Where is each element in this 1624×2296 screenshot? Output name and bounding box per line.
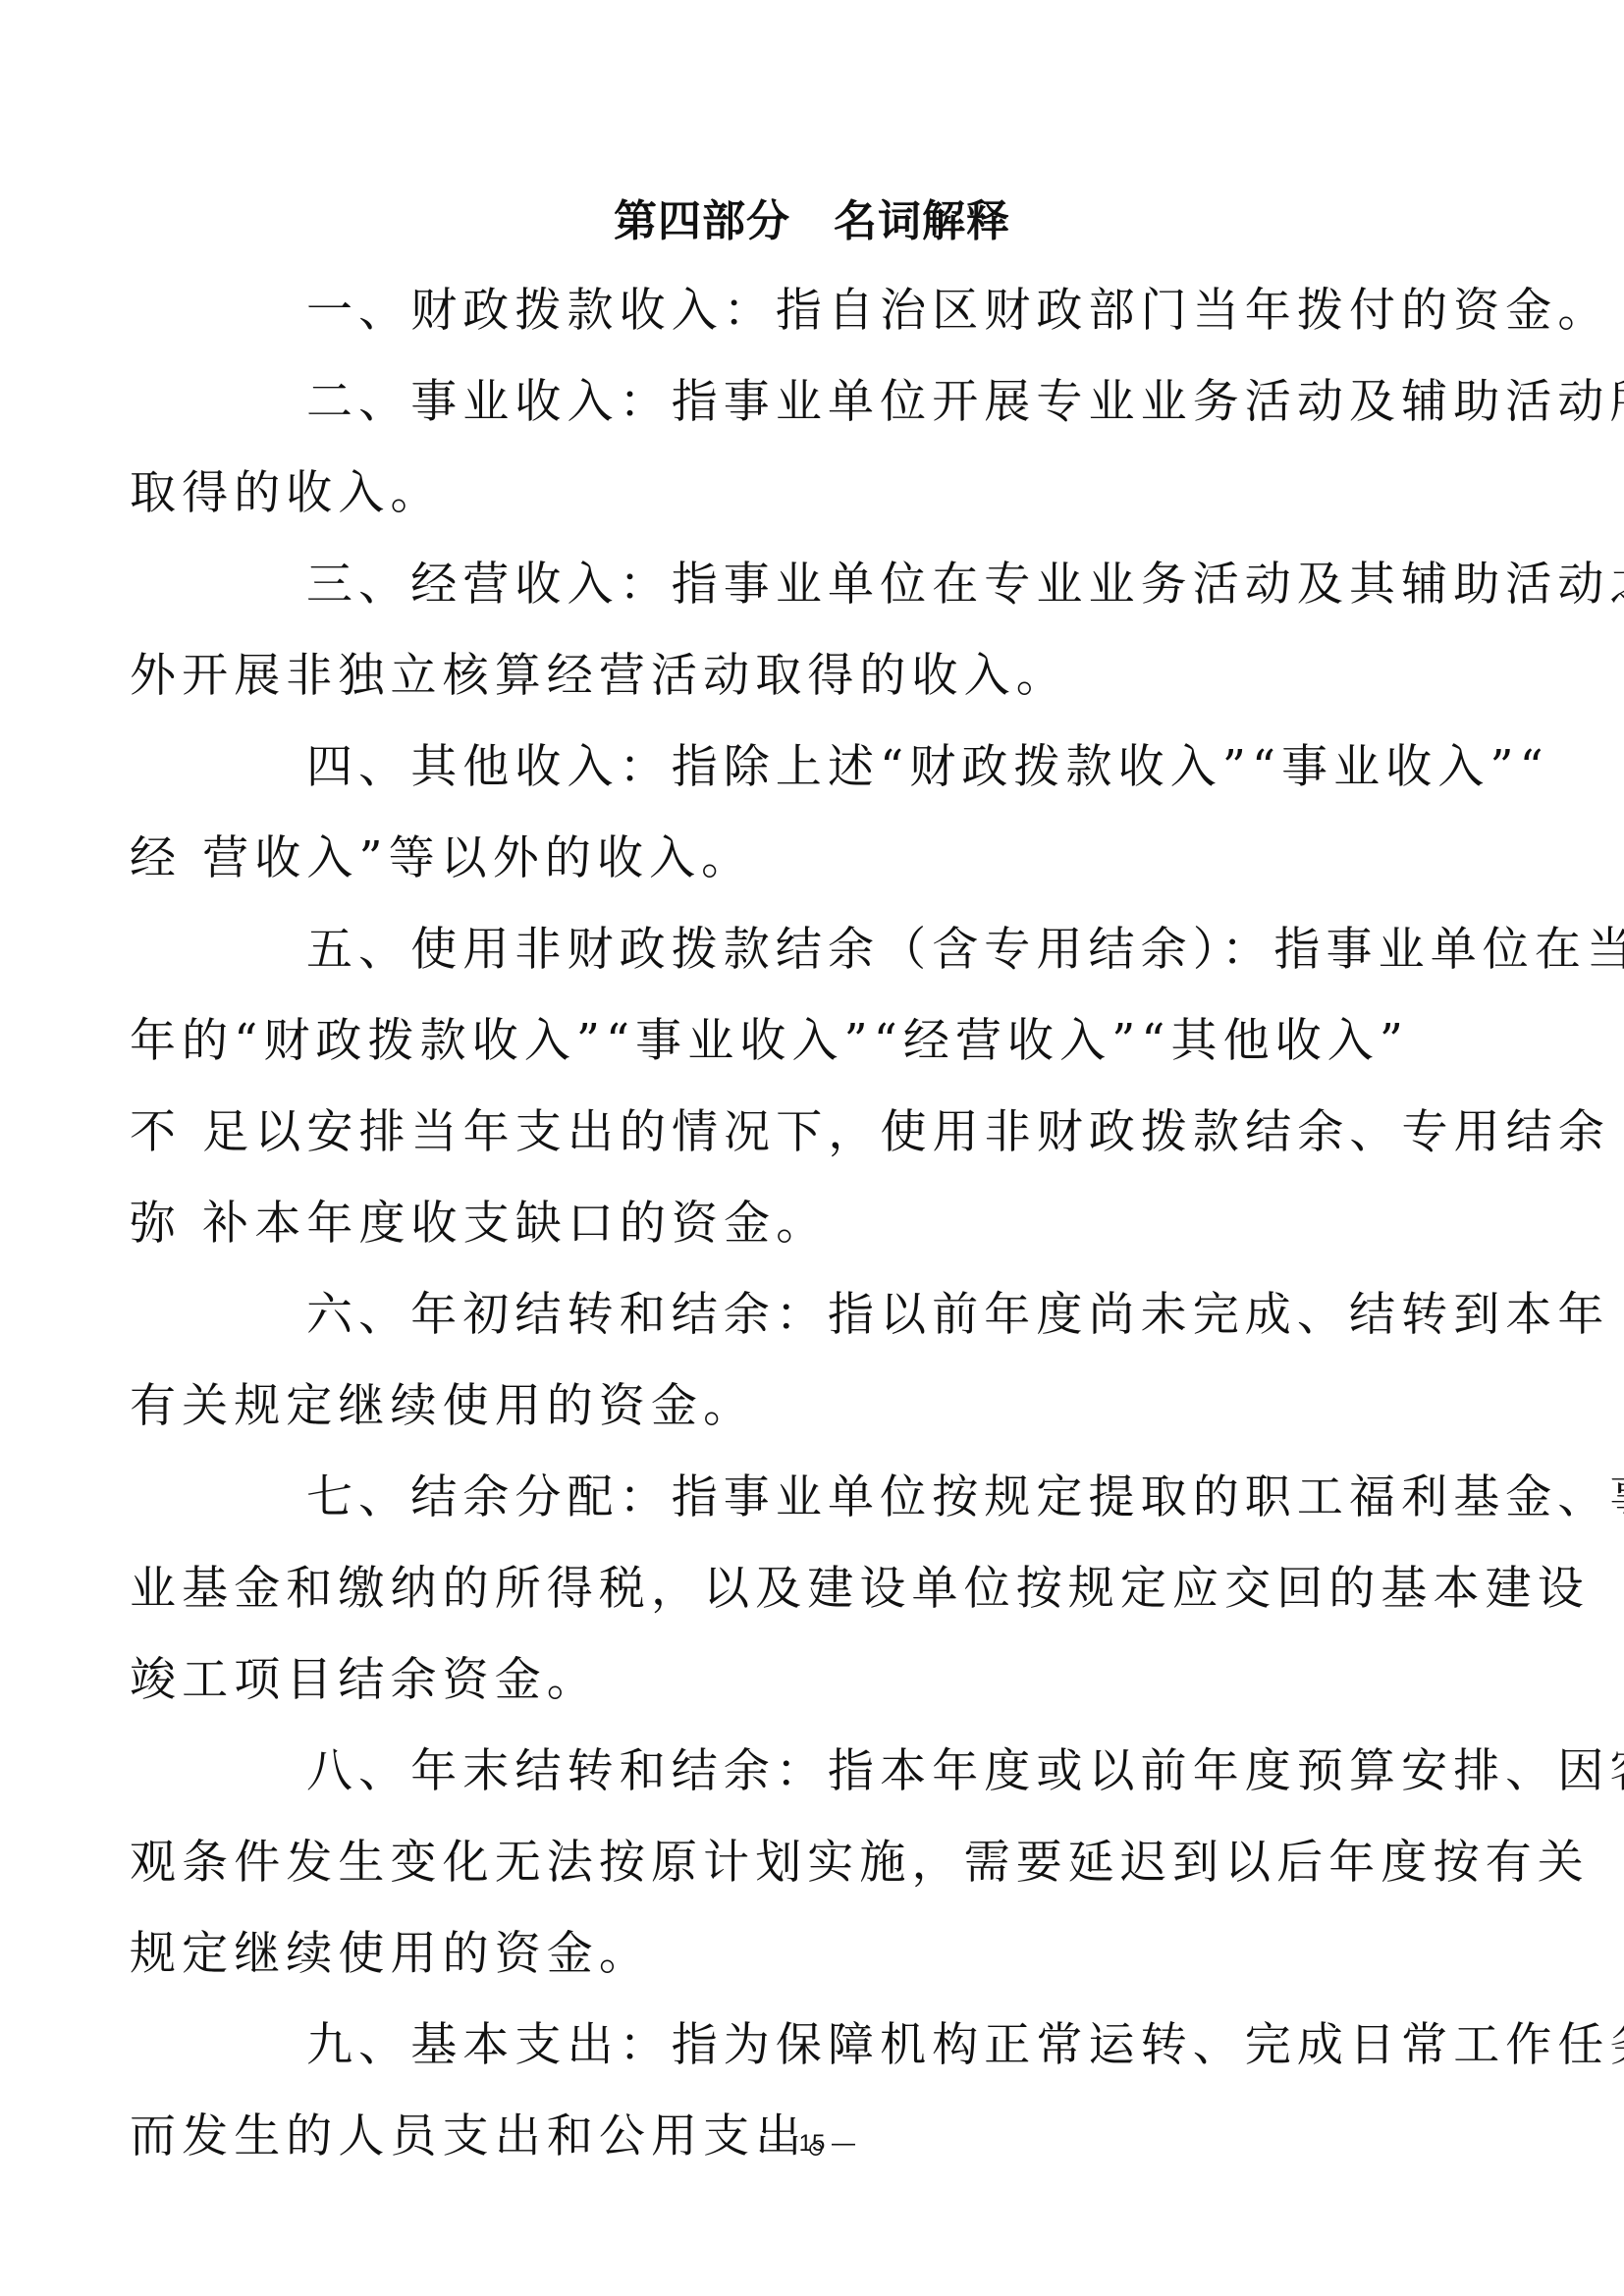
text-line: 经 营收入”等以外的收入。 (130, 813, 1471, 904)
text-line: 竣工项目结余资金。 (130, 1634, 1471, 1726)
text-line: 一、财政拨款收入：指自治区财政部门当年拨付的资金。 (218, 265, 1471, 356)
text-line: 五、使用非财政拨款结余（含专用结余）：指事业单位在当 (218, 904, 1471, 995)
definition-paragraph-5: 五、使用非财政拨款结余（含专用结余）：指事业单位在当 年的“财政拨款收入”“事业… (218, 904, 1471, 1269)
section-title-part: 第四部分 (614, 196, 790, 246)
definition-paragraph-1: 一、财政拨款收入：指自治区财政部门当年拨付的资金。 (218, 265, 1471, 356)
text-line: 有关规定继续使用的资金。 (130, 1361, 1471, 1452)
definitions-body: 一、财政拨款收入：指自治区财政部门当年拨付的资金。 二、事业收入：指事业单位开展… (218, 265, 1471, 2182)
text-line: 三、经营收入：指事业单位在专业业务活动及其辅助活动之 (218, 539, 1471, 630)
text-line: 七、结余分配：指事业单位按规定提取的职工福利基金、事 (218, 1452, 1471, 1543)
definition-paragraph-4: 四、其他收入：指除上述“财政拨款收入”“事业收入”“ 经 营收入”等以外的收入。 (218, 721, 1471, 904)
section-title-name: 名词解释 (834, 196, 1010, 246)
text-line: 四、其他收入：指除上述“财政拨款收入”“事业收入”“ (218, 721, 1471, 813)
text-line: 六、年初结转和结余：指以前年度尚未完成、结转到本年 按 (218, 1269, 1471, 1361)
section-title: 第四部分名词解释 (0, 192, 1624, 251)
document-page: 第四部分名词解释 一、财政拨款收入：指自治区财政部门当年拨付的资金。 二、事业收… (0, 0, 1624, 2296)
text-line: 取得的收入。 (130, 448, 1471, 539)
text-line: 八、年末结转和结余：指本年度或以前年度预算安排、因客 (218, 1726, 1471, 1817)
definition-paragraph-6: 六、年初结转和结余：指以前年度尚未完成、结转到本年 按 有关规定继续使用的资金。 (218, 1269, 1471, 1452)
text-line: 九、基本支出：指为保障机构正常运转、完成日常工作任务 (218, 2000, 1471, 2091)
definition-paragraph-7: 七、结余分配：指事业单位按规定提取的职工福利基金、事 业基金和缴纳的所得税，以及… (218, 1452, 1471, 1726)
text-line: 观条件发生变化无法按原计划实施，需要延迟到以后年度按有关 (130, 1817, 1471, 1908)
text-line: 不 足以安排当年支出的情况下，使用非财政拨款结余、专用结余 (130, 1087, 1471, 1178)
definition-paragraph-3: 三、经营收入：指事业单位在专业业务活动及其辅助活动之 外开展非独立核算经营活动取… (218, 539, 1471, 721)
text-line: 弥 补本年度收支缺口的资金。 (130, 1178, 1471, 1269)
page-number: — 15 — (0, 2124, 1624, 2163)
text-line: 业基金和缴纳的所得税，以及建设单位按规定应交回的基本建设 (130, 1543, 1471, 1634)
definition-paragraph-8: 八、年末结转和结余：指本年度或以前年度预算安排、因客 观条件发生变化无法按原计划… (218, 1726, 1471, 2000)
text-line: 规定继续使用的资金。 (130, 1908, 1471, 2000)
definition-paragraph-2: 二、事业收入：指事业单位开展专业业务活动及辅助活动所 取得的收入。 (218, 356, 1471, 539)
text-line: 二、事业收入：指事业单位开展专业业务活动及辅助活动所 (218, 356, 1471, 448)
text-line: 外开展非独立核算经营活动取得的收入。 (130, 630, 1471, 721)
text-line: 年的“财政拨款收入”“事业收入”“经营收入”“其他收入” (130, 995, 1471, 1087)
